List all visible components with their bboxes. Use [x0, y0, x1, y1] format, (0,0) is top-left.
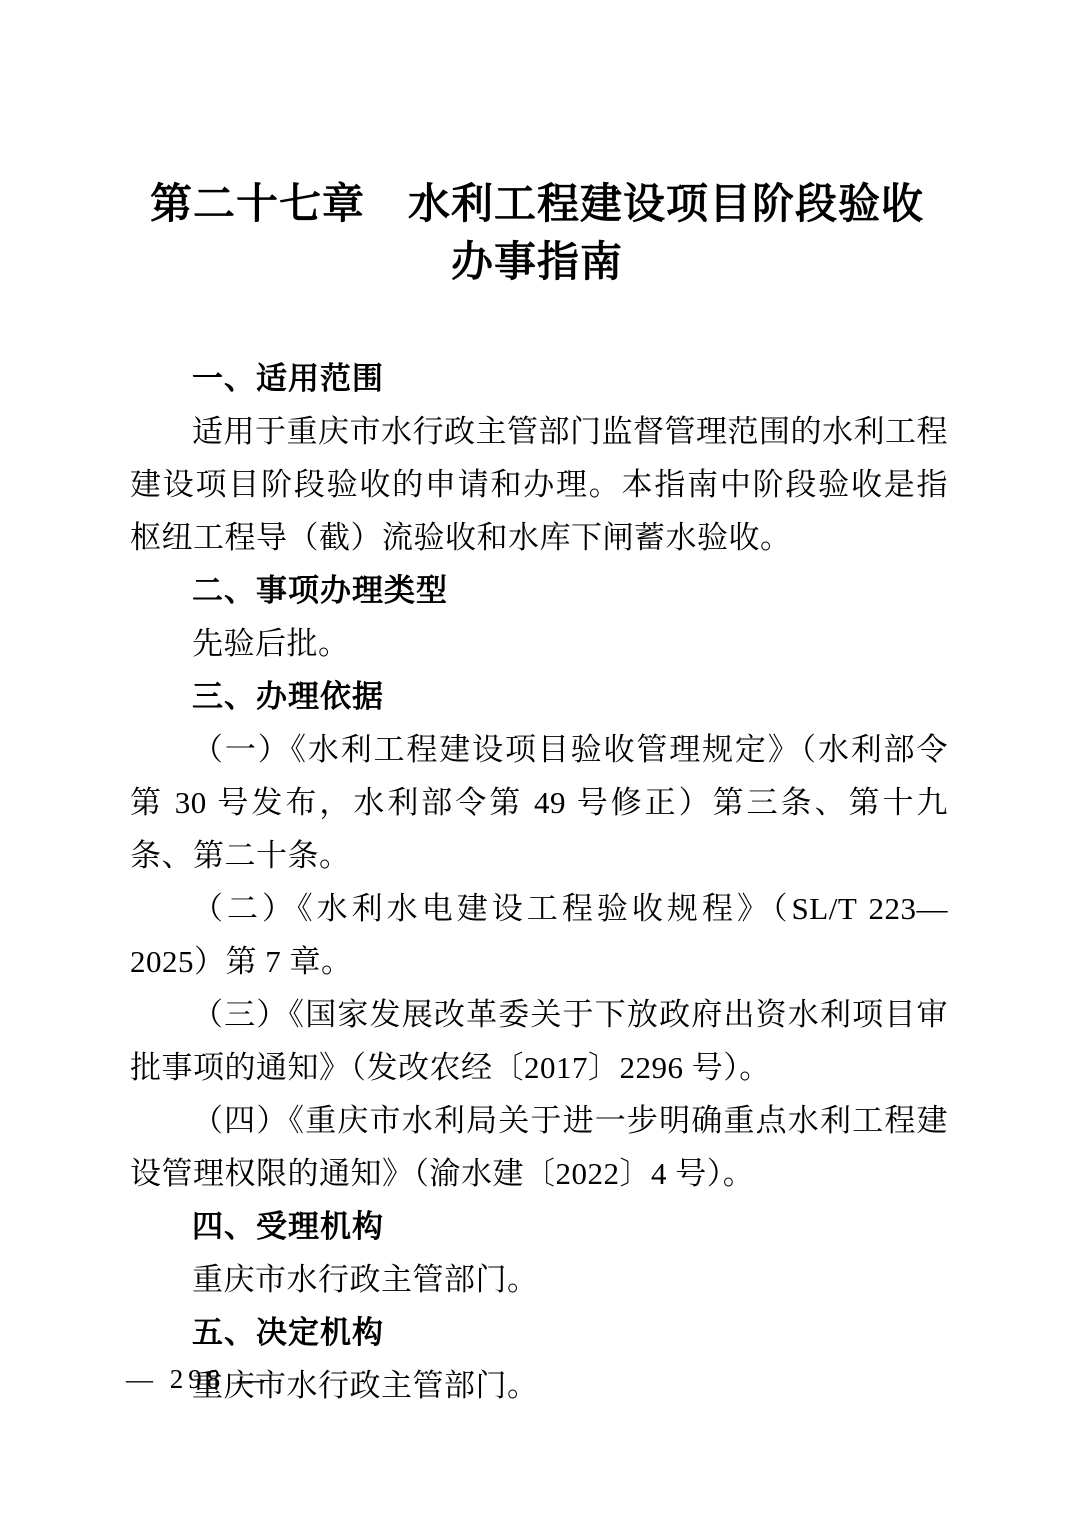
section-heading-legal-basis: 三、办理依据 — [130, 670, 948, 723]
section-accepting-agency-paragraph: 重庆市水行政主管部门。 — [130, 1253, 948, 1306]
section-heading-accepting-agency: 四、受理机构 — [130, 1200, 948, 1253]
legal-basis-item-2: （二）《水利水电建设工程验收规程》（SL/T 223—2025）第 7 章。 — [130, 882, 948, 988]
legal-basis-item-3: （三）《国家发展改革委关于下放政府出资水利项目审批事项的通知》（发改农经〔201… — [130, 988, 948, 1094]
section-scope-paragraph: 适用于重庆市水行政主管部门监督管理范围的水利工程建设项目阶段验收的申请和办理。本… — [130, 405, 948, 564]
chapter-title-line2: 办事指南 — [0, 234, 1074, 292]
chapter-title: 第二十七章 水利工程建设项目阶段验收 办事指南 — [0, 0, 1074, 292]
legal-basis-item-1: （一）《水利工程建设项目验收管理规定》（水利部令第 30 号发布，水利部令第 4… — [130, 723, 948, 882]
page-number: — 298 — — [126, 1364, 269, 1395]
document-page: 第二十七章 水利工程建设项目阶段验收 办事指南 一、适用范围 适用于重庆市水行政… — [0, 0, 1074, 1520]
section-heading-scope: 一、适用范围 — [130, 352, 948, 405]
section-heading-deciding-agency: 五、决定机构 — [130, 1306, 948, 1359]
legal-basis-item-4: （四）《重庆市水利局关于进一步明确重点水利工程建设管理权限的通知》（渝水建〔20… — [130, 1094, 948, 1200]
chapter-title-line1: 第二十七章 水利工程建设项目阶段验收 — [0, 176, 1074, 234]
document-body: 一、适用范围 适用于重庆市水行政主管部门监督管理范围的水利工程建设项目阶段验收的… — [130, 352, 948, 1412]
section-handling-type-paragraph: 先验后批。 — [130, 617, 948, 670]
section-heading-handling-type: 二、事项办理类型 — [130, 564, 948, 617]
